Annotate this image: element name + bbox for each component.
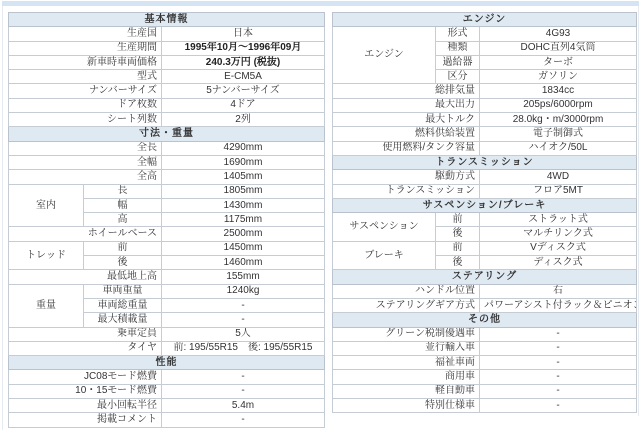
spec-label: ハンドル位置 [333, 284, 480, 298]
spec-label: 軽自動車 [333, 384, 480, 398]
spec-label: ステアリングギア方式 [333, 298, 480, 312]
spec-row: 全長4290mm [9, 141, 325, 155]
spec-row: 掲載コメント- [9, 413, 325, 427]
sub-label: 最大積載量 [84, 313, 162, 327]
group-label: トレッド [9, 241, 84, 270]
spec-value: 28.0kg・m/3000rpm [480, 113, 637, 127]
spec-row: 10・15モード燃費- [9, 384, 325, 398]
sub-label: 後 [436, 227, 480, 241]
spec-label: 掲載コメント [9, 413, 162, 427]
spec-value: - [162, 413, 325, 427]
spec-row: 乗車定員5人 [9, 327, 325, 341]
spec-value: E-CM5A [162, 70, 325, 84]
section-header-row: 寸法・重量 [9, 127, 325, 141]
spec-label: 商用車 [333, 370, 480, 384]
spec-row: トランスミッションフロア5MT [333, 184, 637, 198]
spec-row: ナンバーサイズ5ナンバーサイズ [9, 84, 325, 98]
spec-value: 日本 [162, 27, 325, 41]
spec-row: 特別仕様車- [333, 399, 637, 413]
spec-value: 1995年10月～1996年09月 [162, 41, 325, 55]
sub-label: 車両重量 [84, 284, 162, 298]
spec-value: 電子制御式 [480, 127, 637, 141]
spec-row: ブレーキ前Vディスク式 [333, 241, 637, 255]
spec-label: 新車時車両価格 [9, 55, 162, 69]
spec-value: 前: 195/55R15 後: 195/55R15 [162, 341, 325, 355]
spec-label: ドア枚数 [9, 98, 162, 112]
spec-value: 155mm [162, 270, 325, 284]
spec-label: 駆動方式 [333, 170, 480, 184]
spec-row: 総排気量1834cc [333, 84, 637, 98]
spec-value: 4G93 [480, 27, 637, 41]
spec-label: 最大トルク [333, 113, 480, 127]
spec-row: 生産国日本 [9, 27, 325, 41]
spec-value: - [162, 384, 325, 398]
spec-value: 5人 [162, 327, 325, 341]
spec-row: ドア枚数4ドア [9, 98, 325, 112]
spec-value: - [480, 341, 637, 355]
page-edge-line-left [2, 6, 3, 430]
spec-value: - [162, 313, 325, 327]
spec-row: 並行輸入車- [333, 341, 637, 355]
spec-row: 全高1405mm [9, 170, 325, 184]
spec-value: ハイオク/50L [480, 141, 637, 155]
spec-label: 全高 [9, 170, 162, 184]
spec-row: 新車時車両価格240.3万円 (税抜) [9, 55, 325, 69]
sub-label: 高 [84, 213, 162, 227]
spec-value: DOHC直列4気筒 [480, 41, 637, 55]
spec-label: 生産国 [9, 27, 162, 41]
spec-value: - [480, 384, 637, 398]
spec-label: 総排気量 [333, 84, 480, 98]
spec-label: 全幅 [9, 155, 162, 169]
spec-value: 1805mm [162, 184, 325, 198]
spec-value: ディスク式 [480, 256, 637, 270]
spec-value: 4WD [480, 170, 637, 184]
sub-label: 前 [436, 213, 480, 227]
page-edge-line-right [638, 6, 639, 416]
spec-row: 最小回転半径5.4m [9, 399, 325, 413]
section-header-row: サスペンション/ブレーキ [333, 198, 637, 212]
spec-label: 最低地上高 [9, 270, 162, 284]
section-header: サスペンション/ブレーキ [333, 198, 637, 212]
spec-label: タイヤ [9, 341, 162, 355]
spec-row: 室内長1805mm [9, 184, 325, 198]
sub-label: 種類 [436, 41, 480, 55]
spec-table-engine-drivetrain-other: エンジンエンジン形式4G93種類DOHC直列4気筒過給器ターボ区分ガソリン総排気… [332, 12, 637, 413]
spec-value: 1430mm [162, 198, 325, 212]
spec-row: 生産期間1995年10月～1996年09月 [9, 41, 325, 55]
section-header: 寸法・重量 [9, 127, 325, 141]
section-header-row: エンジン [333, 13, 637, 27]
spec-label: 並行輸入車 [333, 341, 480, 355]
spec-row: JC08モード燃費- [9, 370, 325, 384]
sub-label: 形式 [436, 27, 480, 41]
spec-value: ガソリン [480, 70, 637, 84]
section-header-row: トランスミッション [333, 155, 637, 169]
spec-row: トレッド前1450mm [9, 241, 325, 255]
spec-value: ターボ [480, 55, 637, 69]
spec-row: 駆動方式4WD [333, 170, 637, 184]
sub-label: 区分 [436, 70, 480, 84]
spec-value: - [480, 327, 637, 341]
spec-value: 5ナンバーサイズ [162, 84, 325, 98]
section-header-row: 性能 [9, 356, 325, 370]
spec-label: グリーン税制優遇車 [333, 327, 480, 341]
spec-table-basic-dimensions-performance: 基本情報生産国日本生産期間1995年10月～1996年09月新車時車両価格240… [8, 12, 325, 428]
spec-value: ストラット式 [480, 213, 637, 227]
spec-label: 特別仕様車 [333, 399, 480, 413]
spec-label: ホイールベース [9, 227, 162, 241]
group-label: エンジン [333, 27, 436, 84]
group-label: サスペンション [333, 213, 436, 242]
top-divider-bar [2, 1, 639, 6]
spec-row: 全幅1690mm [9, 155, 325, 169]
section-header-row: 基本情報 [9, 13, 325, 27]
spec-value: 2500mm [162, 227, 325, 241]
spec-row: ステアリングギア方式パワーアシスト付ラック＆ピニオン式 [333, 298, 637, 312]
spec-value: - [480, 399, 637, 413]
spec-row: 最低地上高155mm [9, 270, 325, 284]
spec-label: JC08モード燃費 [9, 370, 162, 384]
sub-label: 幅 [84, 198, 162, 212]
sub-label: 前 [84, 241, 162, 255]
spec-value: フロア5MT [480, 184, 637, 198]
spec-row: 商用車- [333, 370, 637, 384]
spec-row: サスペンション前ストラット式 [333, 213, 637, 227]
spec-value: - [480, 370, 637, 384]
group-label: ブレーキ [333, 241, 436, 270]
spec-row: シート列数2列 [9, 113, 325, 127]
spec-value: 1460mm [162, 256, 325, 270]
spec-value: パワーアシスト付ラック＆ピニオン式 [480, 298, 637, 312]
sub-label: 長 [84, 184, 162, 198]
spec-value: 1450mm [162, 241, 325, 255]
section-header: その他 [333, 313, 637, 327]
spec-value: 205ps/6000rpm [480, 98, 637, 112]
section-header-row: ステアリング [333, 270, 637, 284]
spec-value: 1834cc [480, 84, 637, 98]
spec-row: 最大トルク28.0kg・m/3000rpm [333, 113, 637, 127]
spec-value: 4ドア [162, 98, 325, 112]
spec-value: - [480, 356, 637, 370]
section-header: 性能 [9, 356, 325, 370]
section-header: 基本情報 [9, 13, 325, 27]
spec-value: - [162, 370, 325, 384]
spec-label: 乗車定員 [9, 327, 162, 341]
spec-label: 最大出力 [333, 98, 480, 112]
spec-label: 燃料供給装置 [333, 127, 480, 141]
section-header-row: その他 [333, 313, 637, 327]
spec-label: 10・15モード燃費 [9, 384, 162, 398]
spec-row: タイヤ前: 195/55R15 後: 195/55R15 [9, 341, 325, 355]
spec-value: 右 [480, 284, 637, 298]
spec-label: シート列数 [9, 113, 162, 127]
spec-row: 福祉車両- [333, 356, 637, 370]
spec-value: - [162, 298, 325, 312]
spec-label: 福祉車両 [333, 356, 480, 370]
spec-value: マルチリンク式 [480, 227, 637, 241]
spec-value: 5.4m [162, 399, 325, 413]
sub-label: 後 [436, 256, 480, 270]
spec-value: 1690mm [162, 155, 325, 169]
spec-value: 1405mm [162, 170, 325, 184]
spec-label: 全長 [9, 141, 162, 155]
spec-label: 最小回転半径 [9, 399, 162, 413]
spec-value: 2列 [162, 113, 325, 127]
spec-row: ハンドル位置右 [333, 284, 637, 298]
section-header: エンジン [333, 13, 637, 27]
sub-label: 前 [436, 241, 480, 255]
sub-label: 後 [84, 256, 162, 270]
group-label: 室内 [9, 184, 84, 227]
spec-label: 生産期間 [9, 41, 162, 55]
section-header: トランスミッション [333, 155, 637, 169]
spec-label: 型式 [9, 70, 162, 84]
spec-row: 重量車両重量1240kg [9, 284, 325, 298]
spec-row: 最大出力205ps/6000rpm [333, 98, 637, 112]
section-header: ステアリング [333, 270, 637, 284]
spec-value: 1175mm [162, 213, 325, 227]
spec-row: 燃料供給装置電子制御式 [333, 127, 637, 141]
car-spec-page: 基本情報生産国日本生産期間1995年10月～1996年09月新車時車両価格240… [0, 0, 641, 443]
spec-row: 使用燃料/タンク容量ハイオク/50L [333, 141, 637, 155]
spec-label: トランスミッション [333, 184, 480, 198]
sub-label: 車両総重量 [84, 298, 162, 312]
sub-label: 過給器 [436, 55, 480, 69]
spec-row: ホイールベース2500mm [9, 227, 325, 241]
spec-row: 型式E-CM5A [9, 70, 325, 84]
group-label: 重量 [9, 284, 84, 327]
spec-row: グリーン税制優遇車- [333, 327, 637, 341]
spec-row: 軽自動車- [333, 384, 637, 398]
spec-value: 4290mm [162, 141, 325, 155]
spec-label: 使用燃料/タンク容量 [333, 141, 480, 155]
spec-value: Vディスク式 [480, 241, 637, 255]
spec-label: ナンバーサイズ [9, 84, 162, 98]
spec-row: エンジン形式4G93 [333, 27, 637, 41]
spec-value: 240.3万円 (税抜) [162, 55, 325, 69]
spec-value: 1240kg [162, 284, 325, 298]
